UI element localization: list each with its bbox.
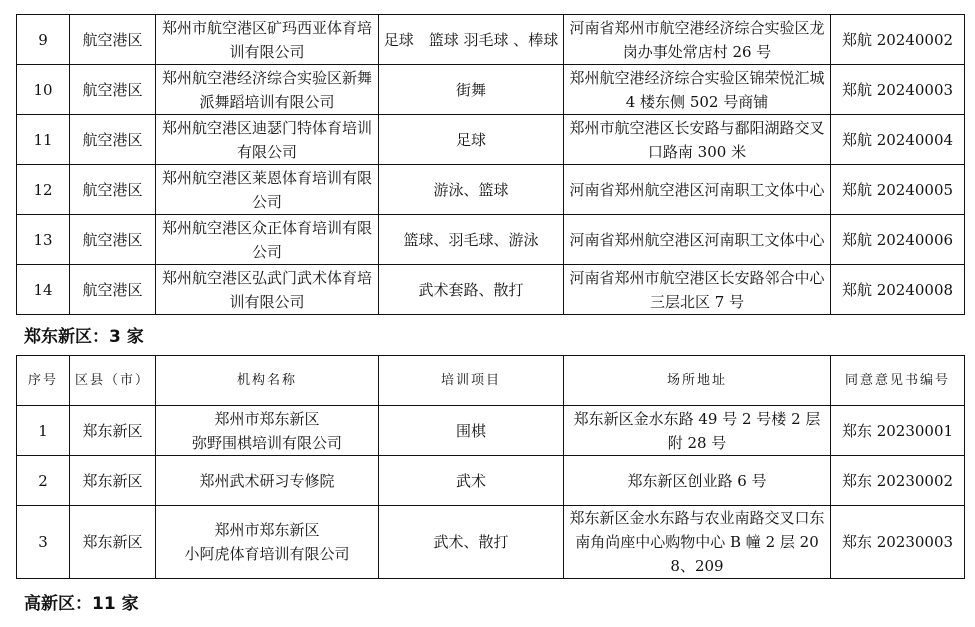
cell-name: 郑州市航空港区矿玛西亚体育培训有限公司: [156, 15, 379, 65]
cell-district: 航空港区: [70, 15, 156, 65]
table-row: 9 航空港区 郑州市航空港区矿玛西亚体育培训有限公司 足球 篮球 羽毛球 、棒球…: [17, 15, 965, 65]
zd-institutions-table: 序号 区县（市） 机构名称 培训项目 场所地址 同意意见书编号 1 郑东新区 郑…: [16, 355, 965, 579]
cell-items: 足球 篮球 羽毛球 、棒球: [379, 15, 564, 65]
table-row: 11 航空港区 郑州航空港区迪瑟门特体育培训有限公司 足球 郑州市航空港区长安路…: [17, 115, 965, 165]
header-no: 序号: [17, 356, 70, 406]
cell-no: 3: [17, 506, 70, 579]
cell-district: 航空港区: [70, 265, 156, 315]
cell-address: 郑东新区金水东路 49 号 2 号楼 2 层附 28 号: [564, 406, 831, 456]
cell-address: 郑州航空港经济综合实验区锦荣悦汇城 4 楼东侧 502 号商铺: [564, 65, 831, 115]
header-district: 区县（市）: [70, 356, 156, 406]
table-row: 1 郑东新区 郑州市郑东新区 弥野围棋培训有限公司 围棋 郑东新区金水东路 49…: [17, 406, 965, 456]
cell-code: 郑航 20240003: [831, 65, 965, 115]
cell-address: 郑东新区金水东路与农业南路交叉口东南角尚座中心购物中心 B 幢 2 层 208、…: [564, 506, 831, 579]
table-row: 12 航空港区 郑州航空港区莱恩体育培训有限公司 游泳、篮球 河南省郑州航空港区…: [17, 165, 965, 215]
cell-district: 航空港区: [70, 65, 156, 115]
cell-address: 河南省郑州航空港区河南职工文体中心: [564, 165, 831, 215]
cell-no: 13: [17, 215, 70, 265]
hkg-institutions-table: 9 航空港区 郑州市航空港区矿玛西亚体育培训有限公司 足球 篮球 羽毛球 、棒球…: [16, 14, 965, 315]
table-row: 14 航空港区 郑州航空港区弘武门武术体育培训有限公司 武术套路、散打 河南省郑…: [17, 265, 965, 315]
cell-name: 郑州航空港经济综合实验区新舞派舞蹈培训有限公司: [156, 65, 379, 115]
cell-district: 郑东新区: [70, 506, 156, 579]
header-address: 场所地址: [564, 356, 831, 406]
cell-address: 河南省郑州航空港区河南职工文体中心: [564, 215, 831, 265]
cell-name: 郑州航空港区弘武门武术体育培训有限公司: [156, 265, 379, 315]
cell-code: 郑航 20240005: [831, 165, 965, 215]
name-line-1: 郑州市郑东新区: [160, 518, 374, 542]
cell-items: 街舞: [379, 65, 564, 115]
cell-code: 郑东 20230002: [831, 456, 965, 506]
cell-code: 郑航 20240006: [831, 215, 965, 265]
table-row: 3 郑东新区 郑州市郑东新区 小阿虎体育培训有限公司 武术、散打 郑东新区金水东…: [17, 506, 965, 579]
cell-district: 郑东新区: [70, 456, 156, 506]
table-row: 2 郑东新区 郑州武术研习专修院 武术 郑东新区创业路 6 号 郑东 20230…: [17, 456, 965, 506]
cell-items: 武术: [379, 456, 564, 506]
cell-items: 武术套路、散打: [379, 265, 564, 315]
cell-no: 1: [17, 406, 70, 456]
cell-no: 2: [17, 456, 70, 506]
header-code: 同意意见书编号: [831, 356, 965, 406]
cell-no: 9: [17, 15, 70, 65]
cell-name: 郑州航空港区莱恩体育培训有限公司: [156, 165, 379, 215]
cell-code: 郑航 20240008: [831, 265, 965, 315]
header-name: 机构名称: [156, 356, 379, 406]
cell-address: 郑东新区创业路 6 号: [564, 456, 831, 506]
cell-name: 郑州市郑东新区 弥野围棋培训有限公司: [156, 406, 379, 456]
cell-district: 航空港区: [70, 165, 156, 215]
cell-items: 游泳、篮球: [379, 165, 564, 215]
cell-code: 郑航 20240004: [831, 115, 965, 165]
section-title-zhengdong: 郑东新区：3 家: [24, 322, 144, 347]
cell-no: 10: [17, 65, 70, 115]
cell-address: 河南省郑州市航空港区长安路邻合中心三层北区 7 号: [564, 265, 831, 315]
cell-no: 14: [17, 265, 70, 315]
cell-no: 12: [17, 165, 70, 215]
name-line-2: 小阿虎体育培训有限公司: [160, 542, 374, 566]
cell-name: 郑州市郑东新区 小阿虎体育培训有限公司: [156, 506, 379, 579]
cell-address: 郑州市航空港区长安路与鄱阳湖路交叉口路南 300 米: [564, 115, 831, 165]
cell-items: 篮球、羽毛球、游泳: [379, 215, 564, 265]
cell-no: 11: [17, 115, 70, 165]
cell-name: 郑州航空港区迪瑟门特体育培训有限公司: [156, 115, 379, 165]
name-line-1: 郑州市郑东新区: [160, 407, 374, 431]
cell-district: 郑东新区: [70, 406, 156, 456]
cell-district: 航空港区: [70, 115, 156, 165]
table-row: 10 航空港区 郑州航空港经济综合实验区新舞派舞蹈培训有限公司 街舞 郑州航空港…: [17, 65, 965, 115]
cell-items: 围棋: [379, 406, 564, 456]
cell-code: 郑东 20230003: [831, 506, 965, 579]
cell-address: 河南省郑州市航空港经济综合实验区龙岗办事处常店村 26 号: [564, 15, 831, 65]
name-line-1: 郑州武术研习专修院: [160, 469, 374, 493]
table-header-row: 序号 区县（市） 机构名称 培训项目 场所地址 同意意见书编号: [17, 356, 965, 406]
cell-items: 足球: [379, 115, 564, 165]
table-row: 13 航空港区 郑州航空港区众正体育培训有限公司 篮球、羽毛球、游泳 河南省郑州…: [17, 215, 965, 265]
cell-code: 郑东 20230001: [831, 406, 965, 456]
name-line-2: 弥野围棋培训有限公司: [160, 431, 374, 455]
cell-code: 郑航 20240002: [831, 15, 965, 65]
section-title-gaoxin: 高新区：11 家: [24, 589, 139, 614]
cell-district: 航空港区: [70, 215, 156, 265]
cell-name: 郑州武术研习专修院: [156, 456, 379, 506]
cell-name: 郑州航空港区众正体育培训有限公司: [156, 215, 379, 265]
header-items: 培训项目: [379, 356, 564, 406]
cell-items: 武术、散打: [379, 506, 564, 579]
